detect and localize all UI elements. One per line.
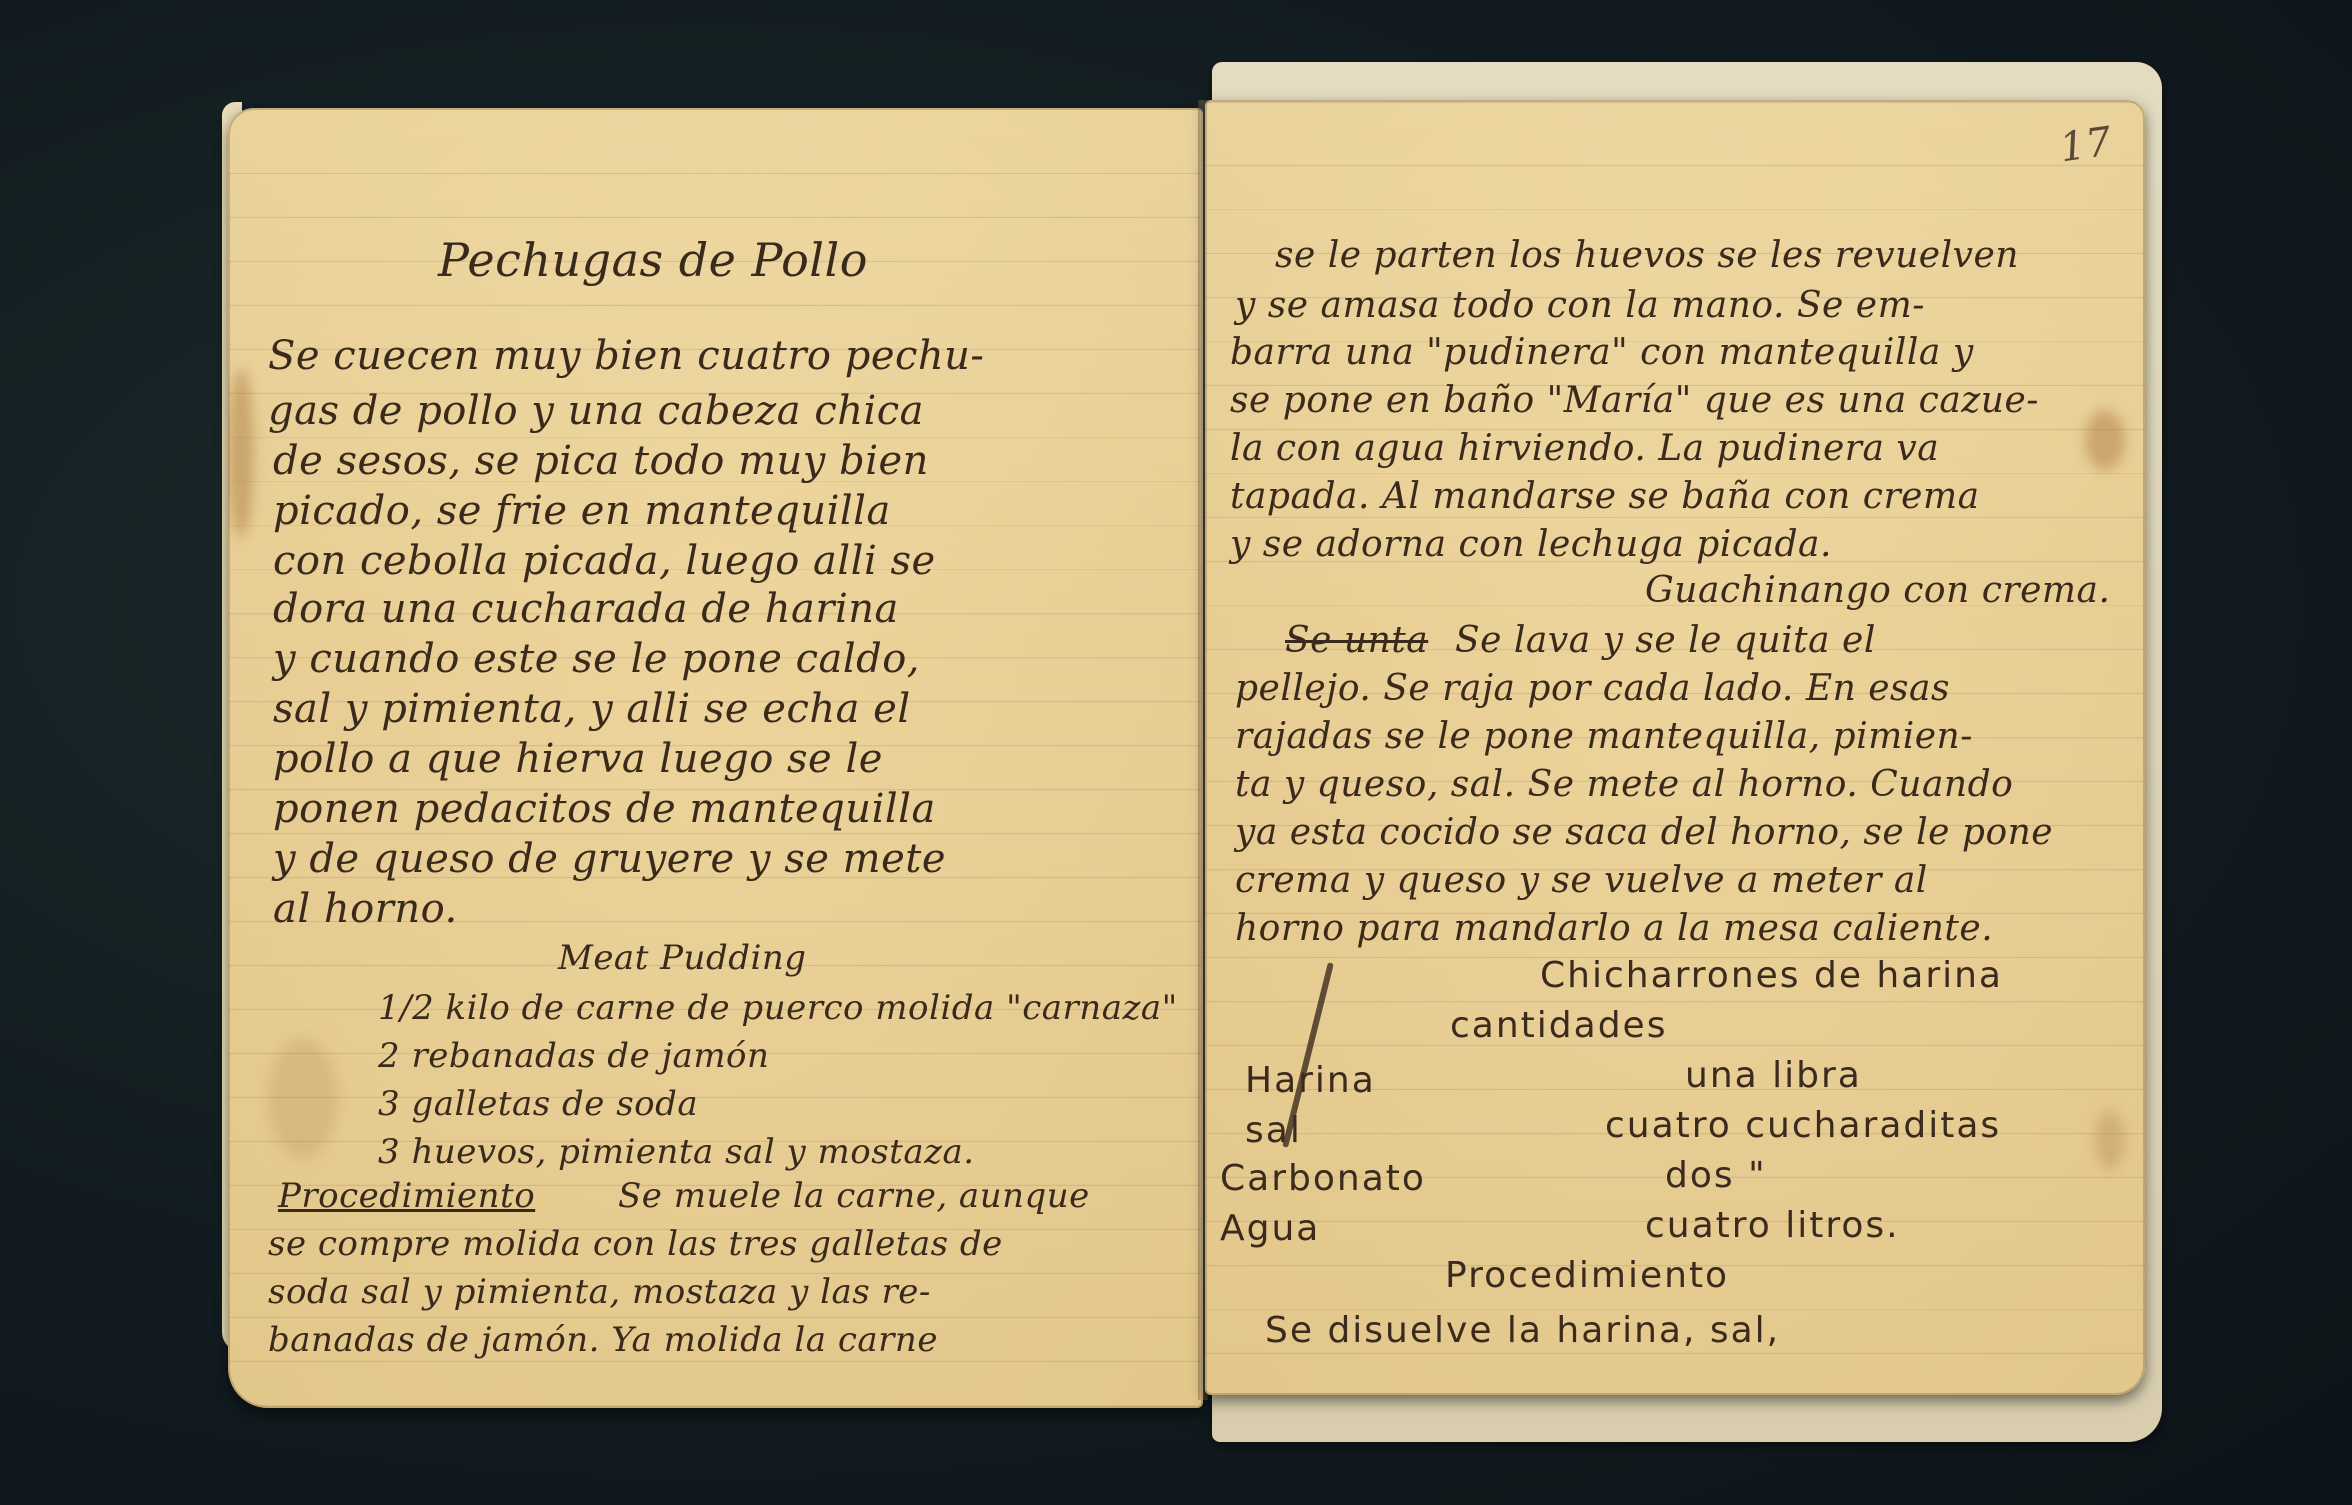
recipe-title-guachinango: Guachinango con crema. [1645,570,2110,611]
recipe-title-pechugas: Pechugas de Pollo [438,233,868,287]
ingredient-item: Carbonato [1220,1158,1426,1199]
text-line: banadas de jamón. Ya molida la carne [268,1320,938,1360]
struck-text: Se unta [1285,620,1428,661]
ingredient-item: Agua [1220,1208,1320,1249]
ingredient-amount: cuatro litros. [1645,1205,1900,1246]
procedure-label: Procedimiento [1445,1255,1729,1296]
text-line: se le parten los huevos se les revuelven [1275,235,2019,276]
stain [2085,410,2125,470]
ingredient-line: 1/2 kilo de carne de puerco molida "carn… [378,988,1178,1028]
text-line: Se disuelve la harina, sal, [1265,1310,1780,1351]
procedure-label: Procedimiento [278,1176,535,1216]
recipe-title-meat-pudding: Meat Pudding [558,938,807,978]
text-line: y se amasa todo con la mano. Se em- [1235,285,1925,326]
left-page: Pechugas de Pollo Se cuecen muy bien cua… [228,108,1203,1408]
notebook-scan: Pechugas de Pollo Se cuecen muy bien cua… [0,0,2352,1505]
text-line: Se cuecen muy bien cuatro pechu- [268,333,984,379]
ingredient-line: 2 rebanadas de jamón [378,1036,769,1076]
text-line: sal y pimienta, y alli se echa el [273,686,911,732]
text-line: se pone en baño "María" que es una cazue… [1230,380,2039,421]
text-line: al horno. [273,886,458,932]
text-line: con cebolla picada, luego alli se [273,538,936,584]
text-line: y cuando este se le pone caldo, [273,636,920,682]
text-line: rajadas se le pone mantequilla, pimien- [1235,716,1973,757]
ingredient-amount: una libra [1685,1055,1862,1096]
text-line: ta y queso, sal. Se mete al horno. Cuand… [1235,764,2013,805]
text-line: barra una "pudinera" con mantequilla y [1230,332,1974,373]
text-line: pollo a que hierva luego se le [273,736,883,782]
text-line: tapada. Al mandarse se baña con crema [1230,476,1980,517]
text-line: Se lava y se le quita el [1455,620,1876,661]
text-line: soda sal y pimienta, mostaza y las re- [268,1272,931,1312]
ingredient-line: 3 galletas de soda [378,1084,698,1124]
stain [228,368,254,538]
quantities-label: cantidades [1450,1005,1667,1046]
stain [2095,1110,2125,1170]
ingredient-amount: dos " [1665,1155,1767,1196]
ingredient-item: sal [1245,1110,1302,1151]
text-line: picado, se frie en mantequilla [273,488,891,534]
text-line: gas de pollo y una cabeza chica [268,388,924,434]
text-line: ponen pedacitos de mantequilla [273,786,936,832]
text-line: se compre molida con las tres galletas d… [268,1224,1003,1264]
text-line: y se adorna con lechuga picada. [1230,524,1832,565]
ingredient-line: 3 huevos, pimienta sal y mostaza. [378,1132,975,1172]
right-page: 17 se le parten los huevos se les revuel… [1205,100,2145,1395]
text-line: la con agua hirviendo. La pudinera va [1230,428,1939,469]
text-line: y de queso de gruyere y se mete [273,836,946,882]
text-line: crema y queso y se vuelve a meter al [1235,860,1928,901]
ingredient-amount: cuatro cucharaditas [1605,1105,2001,1146]
text-line: pellejo. Se raja por cada lado. En esas [1235,668,1950,709]
page-number: 17 [2057,119,2115,172]
text-line: de sesos, se pica todo muy bien [273,438,929,484]
text-line: horno para mandarlo a la mesa caliente. [1235,908,1993,949]
text-line: Se muele la carne, aunque [618,1176,1090,1216]
text-line: ya esta cocido se saca del horno, se le … [1235,812,2053,853]
ingredient-item: Harina [1245,1060,1376,1101]
recipe-title-chicharrones: Chicharrones de harina [1540,955,2003,996]
text-line: dora una cucharada de harina [273,586,899,632]
stain [268,1038,338,1158]
